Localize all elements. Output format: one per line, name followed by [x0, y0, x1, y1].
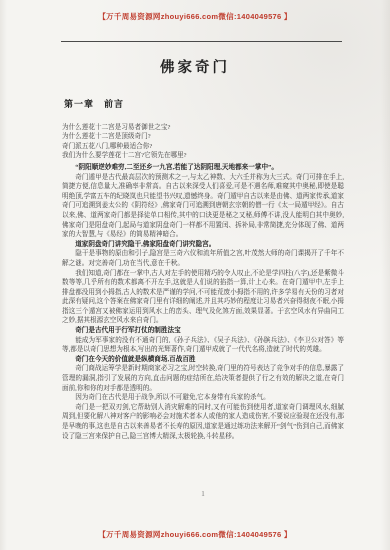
- subheading: 奇门在今天的价值就是纵横商场,百战百胜: [62, 355, 344, 365]
- header-divider: [61, 41, 342, 42]
- question-list: 为什么莲花十二宫是习易者御世之宝? 为什么莲花十二宫是顶级奇门? 奇门派五花八门…: [62, 123, 344, 161]
- footer-watermark: 【万千周易资源网zhouyi666.com微信:1404049576 】: [0, 529, 390, 540]
- question-line: 为什么莲花十二宫是习易者御世之宝?: [62, 123, 344, 133]
- question-line: 奇门派五花八门,哪种最适合你?: [62, 142, 344, 152]
- header-watermark: 【万千周易资源网zhouyi666.com微信:1404049576 】: [0, 11, 390, 22]
- question-line: 为什么莲花十二宫是顶级奇门?: [62, 132, 344, 142]
- page-title: 佛家奇门: [0, 56, 390, 77]
- paragraph: 隐干是事物的原由和引子,隐宫是三奇六仪和流年所值之宫,叶茂然大师的奇门课揭开了千…: [62, 249, 344, 268]
- page-number: 1: [0, 490, 390, 498]
- quote-paragraph: “阴阳顺逆妙难穷,二至还乡一九宫,若能了达阴阳理,天地都来一掌中”。: [62, 163, 344, 173]
- paragraph: 我们知道,奇门都在一掌中,古人对左手的使用精巧的令人叹止,不论是学四柱(八字),…: [62, 269, 344, 327]
- subheading: 道家阴盘奇门讲究隐干,佛家阳盘奇门讲究隐宫。: [62, 240, 344, 250]
- paragraph: 奇门遁甲是古代最高层次的预测术之一,与太乙神数、大六壬并称为大三式。奇门可排在手…: [62, 173, 344, 240]
- chapter-heading: 第一章 前言: [64, 100, 344, 110]
- document-body: 第一章 前言 为什么莲花十二宫是习易者御世之宝? 为什么莲花十二宫是顶级奇门? …: [62, 100, 344, 441]
- question-line: 我们为什么要学莲花十二宫?它领先在哪里?: [62, 151, 344, 161]
- paragraph: 奇门商战运筹学是新时期商家必习之宝,时空转换,奇门里的符号表达了竞争对手的信息,…: [62, 364, 344, 393]
- paragraph: 因为奇门在古代是用于战争,所以不可避免,它本身带有兵家的杀气。: [62, 393, 344, 403]
- paragraph: 奇门是一把双刃剑,它帮助别人消灾解难的同时,又有可能伤到使用者,道家奇门调理风水…: [62, 403, 344, 441]
- paragraph: 能成为军事家的没有不通奇门的,《孙子兵法》、《吴子兵法》、《孙膑兵法》、《李卫公…: [62, 336, 344, 355]
- subheading: 奇门是古代用于行军打仗的制胜法宝: [62, 326, 344, 336]
